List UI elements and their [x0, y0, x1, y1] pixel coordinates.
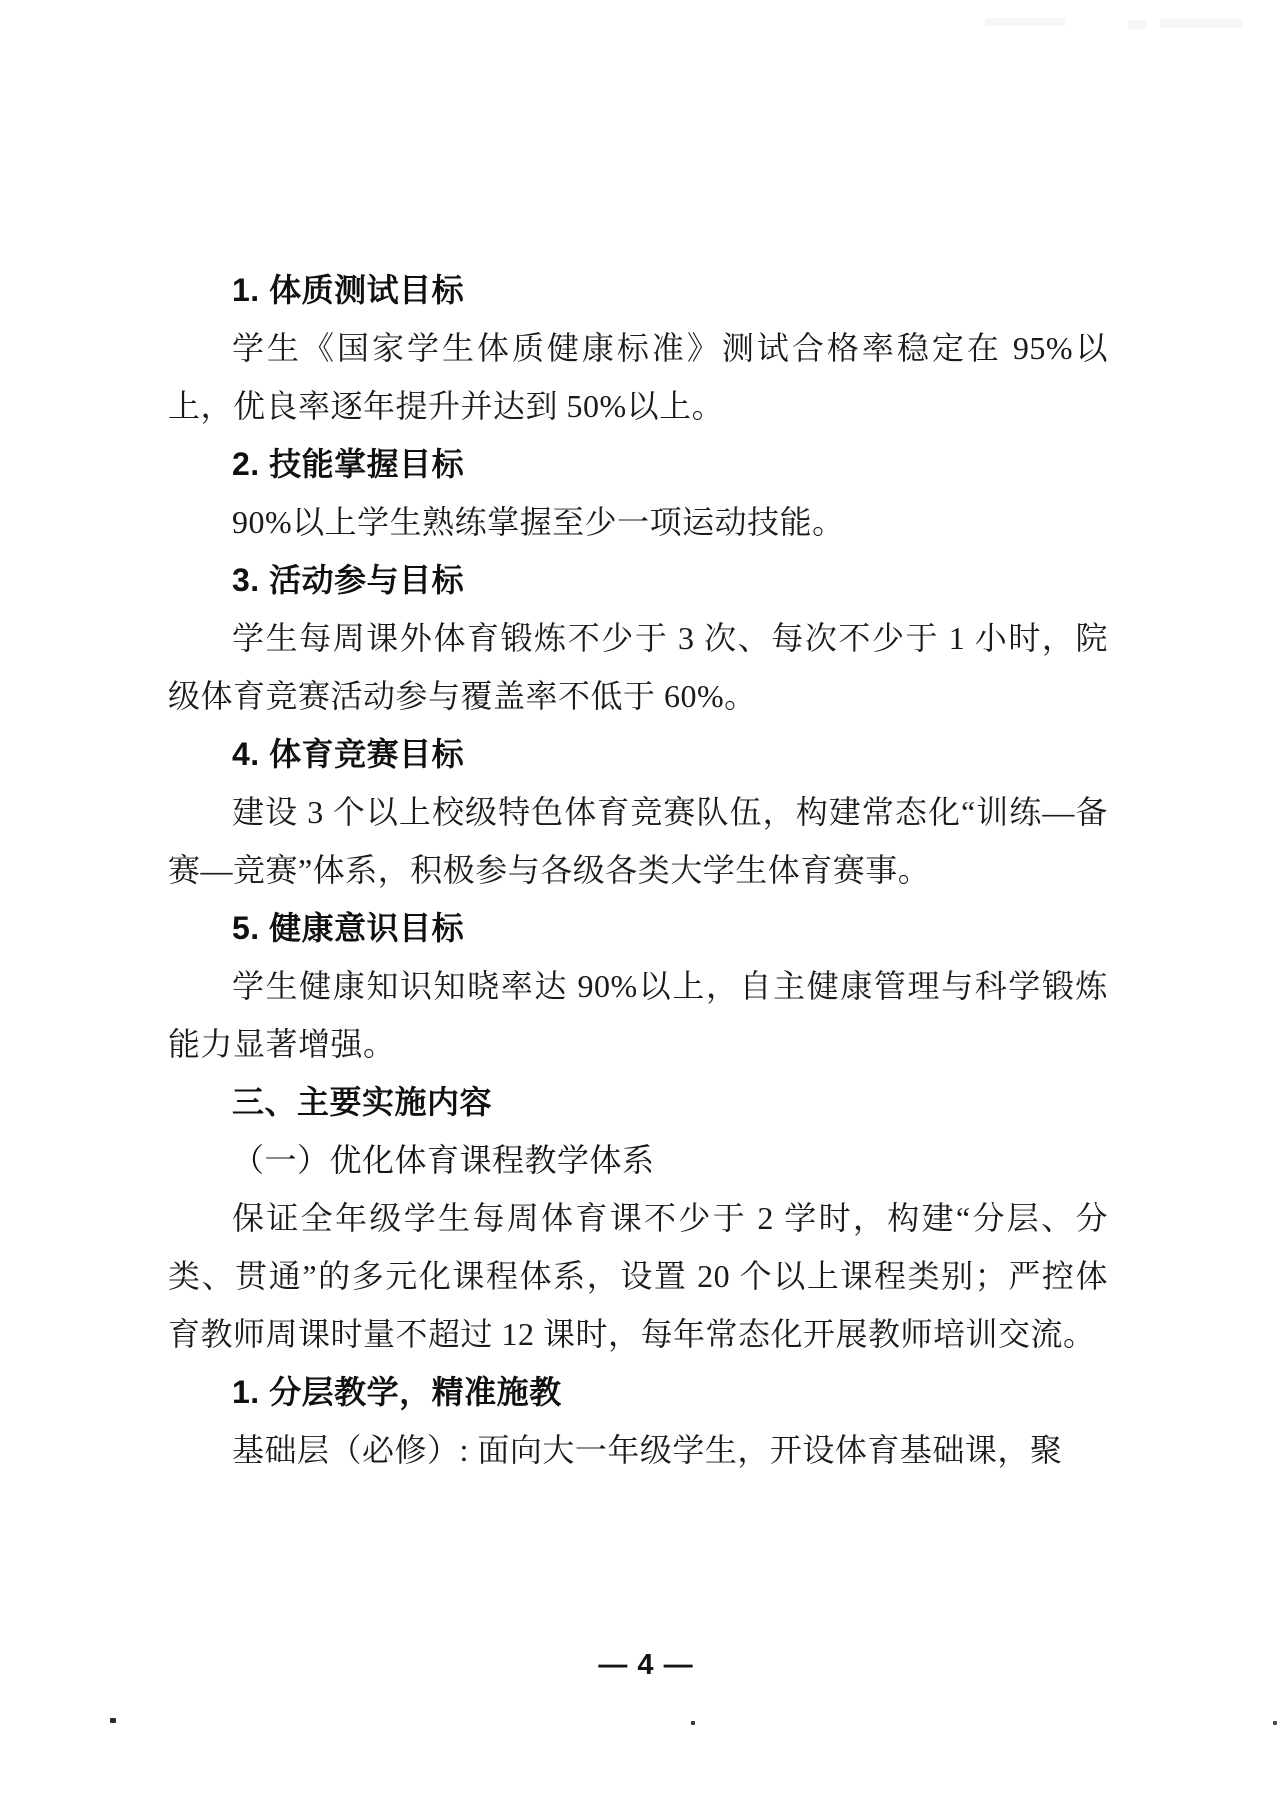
scan-artifact-2	[1128, 20, 1146, 29]
para-foundation-level: 基础层（必修）: 面向大一年级学生，开设体育基础课，聚	[168, 1421, 1108, 1479]
heading-1-layered-teaching: 1. 分层教学，精准施教	[168, 1363, 1108, 1421]
heading-3-activity-participation-goal: 3. 活动参与目标	[168, 551, 1108, 609]
ink-dot-artifact-left	[110, 1718, 116, 1723]
document-page: 1. 体质测试目标 学生《国家学生体质健康标准》测试合格率稳定在 95%以上，优…	[0, 0, 1280, 1811]
scan-artifact-3	[1160, 19, 1242, 28]
para-physique-test: 学生《国家学生体质健康标准》测试合格率稳定在 95%以上，优良率逐年提升并达到 …	[168, 319, 1108, 435]
ink-dot-artifact-center	[691, 1721, 695, 1725]
para-skill-mastery: 90%以上学生熟练掌握至少一项运动技能。	[168, 493, 1108, 551]
section-heading-main-implementation: 三、主要实施内容	[168, 1073, 1108, 1131]
ink-dot-artifact-right	[1273, 1721, 1277, 1725]
page-number: — 4 —	[6, 1648, 1280, 1682]
heading-5-health-awareness-goal: 5. 健康意识目标	[168, 899, 1108, 957]
heading-4-sports-competition-goal: 4. 体育竞赛目标	[168, 725, 1108, 783]
para-curriculum-system: 保证全年级学生每周体育课不少于 2 学时，构建“分层、分类、贯通”的多元化课程体…	[168, 1189, 1108, 1363]
document-body: 1. 体质测试目标 学生《国家学生体质健康标准》测试合格率稳定在 95%以上，优…	[168, 261, 1108, 1479]
heading-1-physique-test-goal: 1. 体质测试目标	[168, 261, 1108, 319]
para-sports-competition: 建设 3 个以上校级特色体育竞赛队伍，构建常态化“训练—备赛—竞赛”体系，积极参…	[168, 783, 1108, 899]
para-health-awareness: 学生健康知识知晓率达 90%以上，自主健康管理与科学锻炼能力显著增强。	[168, 957, 1108, 1073]
subsection-heading-optimize-curriculum: （一）优化体育课程教学体系	[168, 1131, 1108, 1189]
scan-artifact-1	[985, 18, 1065, 26]
para-activity-participation: 学生每周课外体育锻炼不少于 3 次、每次不少于 1 小时，院级体育竞赛活动参与覆…	[168, 609, 1108, 725]
heading-2-skill-mastery-goal: 2. 技能掌握目标	[168, 435, 1108, 493]
